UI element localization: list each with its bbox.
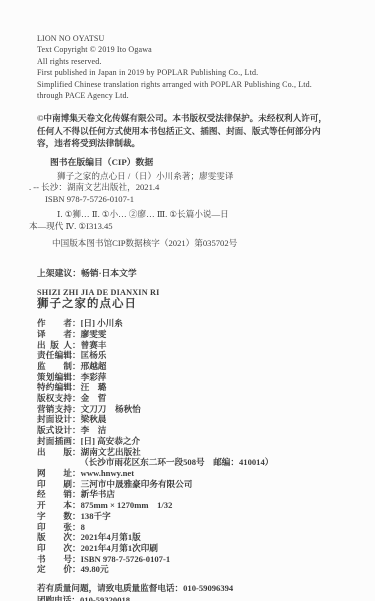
book-title: 狮子之家的点心日 (37, 298, 357, 312)
credit-value: 廖雯雯 (81, 329, 107, 340)
credit-row: 责任编辑：匡杨乐 (37, 350, 357, 361)
credit-label: 责任编辑 (37, 350, 72, 361)
credit-label: 开本 (37, 500, 72, 511)
credit-row: 监制：邢越超 (37, 361, 357, 372)
english-line: First published in Japan in 2019 by POPL… (37, 67, 357, 78)
credit-colon: ： (72, 372, 81, 383)
credit-value: ISBN 978-7-5726-0107-1 (81, 554, 171, 565)
credit-value: 金 晢 (81, 393, 107, 404)
credit-colon: ： (72, 554, 81, 565)
cip-entry-line: . -- 长沙：湖南文艺出版社，2021.4 (29, 182, 357, 194)
credit-colon: ： (72, 436, 81, 447)
credit-value: 新华书店 (81, 489, 115, 500)
credit-colon: ： (72, 393, 81, 404)
credit-row: 网址：www.hnwy.net (37, 468, 357, 479)
notice-line: 任何人不得以任何方式使用本书包括正文、插图、封面、版式等任何部分内 (37, 125, 357, 137)
credit-colon: ： (72, 511, 81, 522)
credit-label: 版式设计 (37, 425, 72, 436)
cip-entry-block: 狮子之家的点心日 /（日）小川糸著；廖雯雯译 . -- 长沙：湖南文艺出版社，2… (37, 171, 357, 206)
credit-label: 封面插画 (37, 436, 72, 447)
english-line: Text Copyright © 2019 Ito Ogawa (37, 44, 357, 55)
credit-label: 营销支持 (37, 404, 72, 415)
credit-colon: ： (72, 329, 81, 340)
chinese-copyright-notice: ©中南博集天卷文化传媒有限公司。本书版权受法律保护。未经权利人许可， 任何人不得… (37, 112, 357, 149)
credit-value: 汪 璐 (81, 382, 107, 393)
credit-label: 策划编辑 (37, 372, 72, 383)
footer-notes: 若有质量问题，请致电质量监督电话：010-59096394 团购电话：010-5… (37, 583, 357, 601)
credit-row: 作者：[日] 小川糸 (37, 318, 357, 329)
credit-value: 三河市中晟雅豪印务有限公司 (81, 479, 193, 490)
credit-row: 封面插画：[日] 高安恭之介 (37, 436, 357, 447)
credit-colon: ： (72, 500, 81, 511)
credit-row: 译者：廖雯雯 (37, 329, 357, 340)
english-line: Simplified Chinese translation rights ar… (37, 79, 357, 90)
credit-row: 版式设计：李 洁 (37, 425, 357, 436)
credit-value: www.hnwy.net (81, 468, 134, 479)
credit-row: 版权支持：金 晢 (37, 393, 357, 404)
cip-entry-line: 狮子之家的点心日 /（日）小川糸著；廖雯雯译 (57, 171, 357, 183)
credit-colon: ： (72, 522, 81, 533)
credit-label: 版次 (37, 532, 72, 543)
credit-colon: ： (72, 382, 81, 393)
credit-row: 出版人：曾赛丰 (37, 340, 357, 351)
credit-value: 匡杨乐 (81, 350, 107, 361)
cip-classification-line: Ⅰ. ①狮… Ⅱ. ①小… ②廖… Ⅲ. ①长篇小说—日 (57, 209, 357, 221)
credit-value: [日] 高安恭之介 (81, 436, 140, 447)
credit-label: 出版人 (37, 340, 72, 351)
credit-label: 监制 (37, 361, 72, 372)
credit-label: 印次 (37, 543, 72, 554)
credit-row: 开本：875mm × 1270mm 1/32 (37, 500, 357, 511)
credit-row: 经销：新华书店 (37, 489, 357, 500)
cip-entry-line: ISBN 978-7-5726-0107-1 (45, 194, 357, 206)
credit-value: 李 洁 (81, 425, 107, 436)
credit-value: 梁秋晨 (81, 414, 107, 425)
credit-label: 印刷 (37, 479, 72, 490)
cip-record-number: 中国版本图书馆CIP数据核字（2021）第035702号 (52, 238, 357, 250)
english-line: through PACE Agency Ltd. (37, 90, 357, 101)
credit-label: 出版 (37, 447, 72, 458)
pinyin-title: SHIZI ZHI JIA DE DIANXIN RI (37, 288, 357, 298)
credit-label: 译者 (37, 329, 72, 340)
credit-value: 曾赛丰 (81, 340, 107, 351)
credit-row: 印刷：三河市中晟雅豪印务有限公司 (37, 479, 357, 490)
credit-value: 文刀刀 杨秋怡 (81, 404, 141, 415)
credit-label: 定价 (37, 564, 72, 575)
credit-value: [日] 小川糸 (81, 318, 123, 329)
credit-value: 8 (81, 522, 85, 533)
credit-value: 2021年4月第1版 (81, 532, 141, 543)
cip-classification-line: 本—现代 Ⅳ. ①I313.45 (29, 221, 357, 233)
credit-colon: ： (72, 425, 81, 436)
english-line: All rights reserved. (37, 56, 357, 67)
credit-value: 2021年4月第1次印刷 (81, 543, 158, 554)
credit-colon: ： (72, 543, 81, 554)
credit-value: 邢越超 (81, 361, 107, 372)
cip-header: 图书在版编目（CIP）数据 (50, 156, 357, 168)
english-line: LION NO OYATSU (37, 33, 357, 44)
credit-label: 经销 (37, 489, 72, 500)
credit-row: 封面设计：梁秋晨 (37, 414, 357, 425)
credit-colon: ： (72, 468, 81, 479)
credit-label: 封面设计 (37, 414, 72, 425)
credit-colon: ： (72, 479, 81, 490)
credit-label: 网址 (37, 468, 72, 479)
credit-label: 字数 (37, 511, 72, 522)
credit-value: 138千字 (81, 511, 111, 522)
credit-address: （长沙市雨花区东二环一段508号 邮编：410014） (80, 457, 357, 468)
credit-row: 印张：8 (37, 522, 357, 533)
book-copyright-page: LION NO OYATSU Text Copyright © 2019 Ito… (0, 0, 375, 601)
credit-label: 特约编辑 (37, 382, 72, 393)
credit-row: 印次：2021年4月第1次印刷 (37, 543, 357, 554)
credit-label: 书号 (37, 554, 72, 565)
credit-colon: ： (72, 532, 81, 543)
credit-value: 湖南文艺出版社 (81, 447, 141, 458)
credit-colon: ： (72, 404, 81, 415)
footer-line: 若有质量问题，请致电质量监督电话：010-59096394 (37, 583, 357, 595)
credit-colon: ： (72, 489, 81, 500)
credit-value: 49.80元 (81, 564, 109, 575)
credit-row: 策划编辑：李彩萍 (37, 372, 357, 383)
notice-line: 容，违者将受到法律制裁。 (37, 137, 357, 149)
footer-line: 团购电话：010-59320018 (37, 595, 357, 601)
credit-colon: ： (72, 318, 81, 329)
credit-value: 875mm × 1270mm 1/32 (81, 500, 173, 511)
credit-label: 作者 (37, 318, 72, 329)
shelf-suggestion: 上架建议：畅销·日本文学 (37, 267, 357, 279)
credit-colon: ： (72, 447, 81, 458)
credit-colon: ： (72, 414, 81, 425)
credit-row: 字数：138千字 (37, 511, 357, 522)
credits-list: 作者：[日] 小川糸译者：廖雯雯出版人：曾赛丰责任编辑：匡杨乐监制：邢越超策划编… (37, 318, 357, 575)
english-copyright-block: LION NO OYATSU Text Copyright © 2019 Ito… (37, 33, 357, 101)
credit-colon: ： (72, 361, 81, 372)
credit-label: 版权支持 (37, 393, 72, 404)
credit-colon: ： (72, 340, 81, 351)
credit-colon: ： (72, 350, 81, 361)
credit-value: 李彩萍 (81, 372, 107, 383)
credit-row: 营销支持：文刀刀 杨秋怡 (37, 404, 357, 415)
notice-line: ©中南博集天卷文化传媒有限公司。本书版权受法律保护。未经权利人许可， (37, 112, 357, 124)
credit-colon: ： (72, 564, 81, 575)
credit-row: 书号：ISBN 978-7-5726-0107-1 (37, 554, 357, 565)
credit-row: 版次：2021年4月第1版 (37, 532, 357, 543)
credit-row: 定价：49.80元 (37, 564, 357, 575)
credit-row: 出版：湖南文艺出版社 (37, 447, 357, 458)
credit-label: 印张 (37, 522, 72, 533)
cip-classification-block: Ⅰ. ①狮… Ⅱ. ①小… ②廖… Ⅲ. ①长篇小说—日 本—现代 Ⅳ. ①I3… (37, 209, 357, 232)
credit-row: 特约编辑：汪 璐 (37, 382, 357, 393)
